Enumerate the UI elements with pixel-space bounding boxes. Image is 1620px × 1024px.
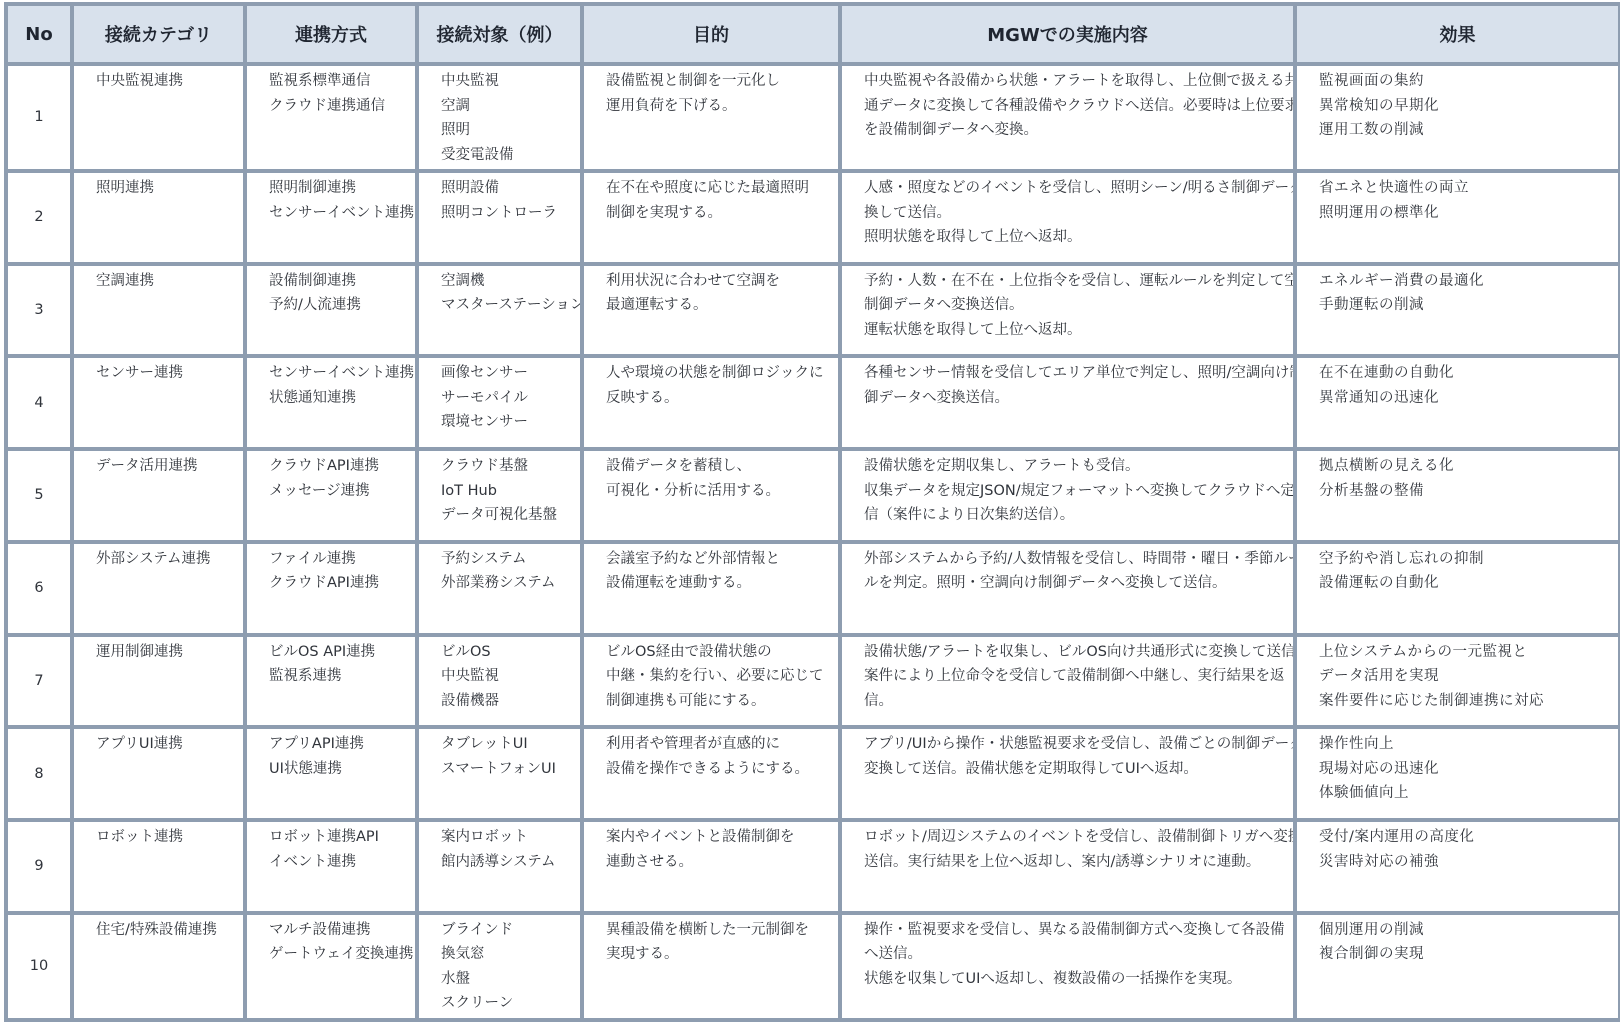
header-row: No 接続カテゴリ 連携方式 接続対象（例） 目的 MGWでの実施内容 効果 — [6, 4, 1620, 64]
mgw-line: を設備制御データへ変換。 — [864, 118, 1289, 143]
method-cell: ファイル連携クラウドAPI連携 — [245, 542, 417, 635]
effects-line: 省エネと快適性の両立 — [1319, 176, 1614, 201]
effect-cell: 操作性向上現場対応の迅速化体験価値向上 — [1295, 727, 1620, 820]
row-number-text: 9 — [34, 858, 43, 874]
effects-line: データ活用を実現 — [1319, 664, 1614, 689]
mgw-line: 換して送信。 — [864, 201, 1289, 226]
effects-line: 設備運転の自動化 — [1319, 571, 1614, 596]
effect-cell: 空予約や消し忘れの抑制設備運転の自動化 — [1295, 542, 1620, 635]
methods-line: ゲートウェイ変換連携 — [269, 942, 411, 967]
methods-line: 照明制御連携 — [269, 176, 411, 201]
mgw-line: 外部システムから予約/人数情報を受信し、時間帯・曜日・季節ルー — [864, 547, 1289, 572]
effects-line: 空予約や消し忘れの抑制 — [1319, 547, 1614, 572]
targets-line: ビルOS — [441, 640, 576, 665]
category-cell: 照明連携 — [72, 171, 245, 264]
target-cell: 中央監視空調照明受変電設備 — [417, 64, 582, 171]
mgw-line: 運転状態を取得して上位へ返却。 — [864, 318, 1289, 343]
effect-cell: 在不在連動の自動化異常通知の迅速化 — [1295, 356, 1620, 449]
mgw-line: 予約・人数・在不在・上位指令を受信し、運転ルールを判定して空調 — [864, 269, 1289, 294]
effects-line: 案件要件に応じた制御連携に対応 — [1319, 689, 1614, 714]
row-number-text: 1 — [34, 109, 43, 125]
row-number-text: 2 — [34, 209, 43, 225]
targets-line: 水盤 — [441, 967, 576, 992]
category-line: データ活用連携 — [96, 454, 239, 479]
target-cell: 画像センサーサーモパイル環境センサー — [417, 356, 582, 449]
table-row-9: 9 ロボット連携 ロボット連携APIイベント連携 案内ロボット館内誘導システム … — [6, 820, 1620, 913]
target-cell: 予約システム外部業務システム — [417, 542, 582, 635]
row-number: 9 — [6, 820, 72, 913]
table-row-7: 7 運用制御連携 ビルOS API連携監視系連携 ビルOS中央監視設備機器 ビル… — [6, 635, 1620, 728]
mgw-line: ルを判定。照明・空調向け制御データへ変換して送信。 — [864, 571, 1289, 596]
purpose-line: 在不在や照度に応じた最適照明 — [606, 176, 834, 201]
row-number: 5 — [6, 449, 72, 542]
effect-cell: 監視画面の集約異常検知の早期化運用工数の削減 — [1295, 64, 1620, 171]
effects-line: 災害時対応の補強 — [1319, 850, 1614, 875]
targets-line: 照明設備 — [441, 176, 576, 201]
row-number: 4 — [6, 356, 72, 449]
purpose-cell: ビルOS経由で設備状態の中継・集約を行い、必要に応じて制御連携も可能にする。 — [582, 635, 840, 728]
effects-line: 異常通知の迅速化 — [1319, 386, 1614, 411]
row-number: 6 — [6, 542, 72, 635]
method-cell: センサーイベント連携状態通知連携 — [245, 356, 417, 449]
category-line: 空調連携 — [96, 269, 239, 294]
category-cell: センサー連携 — [72, 356, 245, 449]
mgw-line: 通データに変換して各種設備やクラウドへ送信。必要時は上位要求 — [864, 94, 1289, 119]
effect-cell: エネルギー消費の最適化手動運転の削減 — [1295, 264, 1620, 357]
target-cell: 案内ロボット館内誘導システム — [417, 820, 582, 913]
purpose-cell: 設備監視と制御を一元化し運用負荷を下げる。 — [582, 64, 840, 171]
targets-line: 照明 — [441, 118, 576, 143]
effects-line: 受付/案内運用の高度化 — [1319, 825, 1614, 850]
header-purpose: 目的 — [582, 4, 840, 64]
table-row-10: 10 住宅/特殊設備連携 マルチ設備連携ゲートウェイ変換連携 ブラインド換気窓水… — [6, 913, 1620, 1020]
header-no: No — [6, 4, 72, 64]
purpose-cell: 案内やイベントと設備制御を連動させる。 — [582, 820, 840, 913]
category-line: 照明連携 — [96, 176, 239, 201]
table-row-1: 1 中央監視連携 監視系標準通信クラウド連携通信 中央監視空調照明受変電設備 設… — [6, 64, 1620, 171]
category-line: 外部システム連携 — [96, 547, 239, 572]
methods-line: UI状態連携 — [269, 757, 411, 782]
mgw-line: 各種センサー情報を受信してエリア単位で判定し、照明/空調向け制 — [864, 361, 1289, 386]
effects-line: 監視画面の集約 — [1319, 69, 1614, 94]
mgw-cell: アプリ/UIから操作・状態監視要求を受信し、設備ごとの制御データへ変換して送信。… — [840, 727, 1295, 820]
targets-line: 中央監視 — [441, 69, 576, 94]
target-cell: タブレットUIスマートフォンUI — [417, 727, 582, 820]
row-number: 10 — [6, 913, 72, 1020]
mgw-cell: 予約・人数・在不在・上位指令を受信し、運転ルールを判定して空調制御データへ変換送… — [840, 264, 1295, 357]
method-cell: クラウドAPI連携メッセージ連携 — [245, 449, 417, 542]
effects-line: 上位システムからの一元監視と — [1319, 640, 1614, 665]
header-mgw: MGWでの実施内容 — [840, 4, 1295, 64]
targets-line: 外部業務システム — [441, 571, 576, 596]
integration-table: No 接続カテゴリ 連携方式 接続対象（例） 目的 MGWでの実施内容 効果 1… — [4, 2, 1620, 1022]
purpose-cell: 会議室予約など外部情報と設備運転を連動する。 — [582, 542, 840, 635]
target-cell: 照明設備照明コントローラ — [417, 171, 582, 264]
purpose-line: 利用状況に合わせて空調を — [606, 269, 834, 294]
targets-line: 受変電設備 — [441, 143, 576, 168]
header-method: 連携方式 — [245, 4, 417, 64]
methods-line: ファイル連携 — [269, 547, 411, 572]
integration-table-container: No 接続カテゴリ 連携方式 接続対象（例） 目的 MGWでの実施内容 効果 1… — [4, 2, 1618, 1022]
target-cell: クラウド基盤IoT Hubデータ可視化基盤 — [417, 449, 582, 542]
header-effect: 効果 — [1295, 4, 1620, 64]
purpose-cell: 利用者や管理者が直感的に設備を操作できるようにする。 — [582, 727, 840, 820]
row-number-text: 6 — [34, 580, 43, 596]
mgw-cell: 各種センサー情報を受信してエリア単位で判定し、照明/空調向け制御データへ変換送信… — [840, 356, 1295, 449]
purpose-line: 制御連携も可能にする。 — [606, 689, 834, 714]
row-number-text: 4 — [34, 395, 43, 411]
mgw-line: 中央監視や各設備から状態・アラートを取得し、上位側で扱える共 — [864, 69, 1289, 94]
methods-line: 監視系標準通信 — [269, 69, 411, 94]
methods-line: 予約/人流連携 — [269, 293, 411, 318]
effects-line: 体験価値向上 — [1319, 781, 1614, 806]
effects-line: 在不在連動の自動化 — [1319, 361, 1614, 386]
targets-line: スクリーン — [441, 991, 576, 1016]
effect-cell: 上位システムからの一元監視とデータ活用を実現案件要件に応じた制御連携に対応 — [1295, 635, 1620, 728]
methods-line: クラウドAPI連携 — [269, 571, 411, 596]
row-number: 1 — [6, 64, 72, 171]
purpose-line: 設備運転を連動する。 — [606, 571, 834, 596]
targets-line: 照明コントローラ — [441, 201, 576, 226]
purpose-cell: 人や環境の状態を制御ロジックに反映する。 — [582, 356, 840, 449]
mgw-line: 案件により上位命令を受信して設備制御へ中継し、実行結果を返 — [864, 664, 1289, 689]
mgw-line: 制御データへ変換送信。 — [864, 293, 1289, 318]
category-cell: 住宅/特殊設備連携 — [72, 913, 245, 1020]
purpose-line: 可視化・分析に活用する。 — [606, 479, 834, 504]
category-cell: 外部システム連携 — [72, 542, 245, 635]
targets-line: データ可視化基盤 — [441, 503, 576, 528]
method-cell: ロボット連携APIイベント連携 — [245, 820, 417, 913]
category-line: 運用制御連携 — [96, 640, 239, 665]
purpose-line: 設備を操作できるようにする。 — [606, 757, 834, 782]
mgw-cell: 設備状態/アラートを収集し、ビルOS向け共通形式に変換して送信。案件により上位命… — [840, 635, 1295, 728]
targets-line: IoT Hub — [441, 479, 576, 504]
effect-cell: 拠点横断の見える化分析基盤の整備 — [1295, 449, 1620, 542]
effects-line: 手動運転の削減 — [1319, 293, 1614, 318]
method-cell: 設備制御連携予約/人流連携 — [245, 264, 417, 357]
target-cell: ブラインド換気窓水盤スクリーン — [417, 913, 582, 1020]
effects-line: 個別運用の削減 — [1319, 918, 1614, 943]
methods-line: クラウド連携通信 — [269, 94, 411, 119]
mgw-line: 変換して送信。設備状態を定期取得してUIへ返却。 — [864, 757, 1289, 782]
mgw-line: 照明状態を取得して上位へ返却。 — [864, 225, 1289, 250]
purpose-line: 中継・集約を行い、必要に応じて — [606, 664, 834, 689]
method-cell: 監視系標準通信クラウド連携通信 — [245, 64, 417, 171]
purpose-line: 設備監視と制御を一元化し — [606, 69, 834, 94]
purpose-cell: 利用状況に合わせて空調を最適運転する。 — [582, 264, 840, 357]
mgw-line: 設備状態/アラートを収集し、ビルOS向け共通形式に変換して送信。 — [864, 640, 1289, 665]
effects-line: 異常検知の早期化 — [1319, 94, 1614, 119]
targets-line: 環境センサー — [441, 410, 576, 435]
row-number: 3 — [6, 264, 72, 357]
target-cell: ビルOS中央監視設備機器 — [417, 635, 582, 728]
purpose-line: 会議室予約など外部情報と — [606, 547, 834, 572]
methods-line: センサーイベント連携 — [269, 361, 411, 386]
effect-cell: 個別運用の削減複合制御の実現 — [1295, 913, 1620, 1020]
methods-line: クラウドAPI連携 — [269, 454, 411, 479]
category-cell: 運用制御連携 — [72, 635, 245, 728]
table-row-4: 4 センサー連携 センサーイベント連携状態通知連携 画像センサーサーモパイル環境… — [6, 356, 1620, 449]
methods-line: センサーイベント連携 — [269, 201, 411, 226]
category-line: アプリUI連携 — [96, 732, 239, 757]
row-number-text: 7 — [34, 673, 43, 689]
method-cell: マルチ設備連携ゲートウェイ変換連携 — [245, 913, 417, 1020]
purpose-line: 実現する。 — [606, 942, 834, 967]
purpose-line: ビルOS経由で設備状態の — [606, 640, 834, 665]
category-line: ロボット連携 — [96, 825, 239, 850]
row-number-text: 8 — [34, 766, 43, 782]
effect-cell: 受付/案内運用の高度化災害時対応の補強 — [1295, 820, 1620, 913]
mgw-cell: 中央監視や各設備から状態・アラートを取得し、上位側で扱える共通データに変換して各… — [840, 64, 1295, 171]
header-category: 接続カテゴリ — [72, 4, 245, 64]
purpose-line: 連動させる。 — [606, 850, 834, 875]
mgw-line: ロボット/周辺システムのイベントを受信し、設備制御トリガへ変換して — [864, 825, 1289, 850]
targets-line: クラウド基盤 — [441, 454, 576, 479]
targets-line: 案内ロボット — [441, 825, 576, 850]
purpose-line: 最適運転する。 — [606, 293, 834, 318]
purpose-cell: 在不在や照度に応じた最適照明制御を実現する。 — [582, 171, 840, 264]
purpose-line: 案内やイベントと設備制御を — [606, 825, 834, 850]
purpose-line: 設備データを蓄積し、 — [606, 454, 834, 479]
category-cell: 空調連携 — [72, 264, 245, 357]
row-number: 8 — [6, 727, 72, 820]
mgw-cell: 操作・監視要求を受信し、異なる設備制御方式へ変換して各設備へ送信。状態を収集して… — [840, 913, 1295, 1020]
effects-line: エネルギー消費の最適化 — [1319, 269, 1614, 294]
methods-line: マルチ設備連携 — [269, 918, 411, 943]
table-row-3: 3 空調連携 設備制御連携予約/人流連携 空調機マスターステーション 利用状況に… — [6, 264, 1620, 357]
category-line: センサー連携 — [96, 361, 239, 386]
table-row-5: 5 データ活用連携 クラウドAPI連携メッセージ連携 クラウド基盤IoT Hub… — [6, 449, 1620, 542]
mgw-line: 設備状態を定期収集し、アラートも受信。 — [864, 454, 1289, 479]
purpose-line: 異種設備を横断した一元制御を — [606, 918, 834, 943]
table-row-6: 6 外部システム連携 ファイル連携クラウドAPI連携 予約システム外部業務システ… — [6, 542, 1620, 635]
mgw-cell: ロボット/周辺システムのイベントを受信し、設備制御トリガへ変換して送信。実行結果… — [840, 820, 1295, 913]
mgw-line: 収集データを規定JSON/規定フォーマットへ変換してクラウドへ定期送 — [864, 479, 1289, 504]
effects-line: 運用工数の削減 — [1319, 118, 1614, 143]
row-number: 2 — [6, 171, 72, 264]
methods-line: ビルOS API連携 — [269, 640, 411, 665]
effects-line: 現場対応の迅速化 — [1319, 757, 1614, 782]
category-cell: ロボット連携 — [72, 820, 245, 913]
methods-line: メッセージ連携 — [269, 479, 411, 504]
method-cell: ビルOS API連携監視系連携 — [245, 635, 417, 728]
mgw-line: 信（案件により日次集約送信）。 — [864, 503, 1289, 528]
category-cell: 中央監視連携 — [72, 64, 245, 171]
purpose-line: 利用者や管理者が直感的に — [606, 732, 834, 757]
mgw-line: へ送信。 — [864, 942, 1289, 967]
mgw-cell: 設備状態を定期収集し、アラートも受信。収集データを規定JSON/規定フォーマット… — [840, 449, 1295, 542]
targets-line: 空調 — [441, 94, 576, 119]
methods-line: アプリAPI連携 — [269, 732, 411, 757]
targets-line: 空調機 — [441, 269, 576, 294]
purpose-line: 運用負荷を下げる。 — [606, 94, 834, 119]
category-cell: データ活用連携 — [72, 449, 245, 542]
effects-line: 照明運用の標準化 — [1319, 201, 1614, 226]
effects-line: 拠点横断の見える化 — [1319, 454, 1614, 479]
mgw-cell: 人感・照度などのイベントを受信し、照明シーン/明るさ制御データへ変換して送信。照… — [840, 171, 1295, 264]
row-number-text: 5 — [34, 487, 43, 503]
purpose-cell: 異種設備を横断した一元制御を実現する。 — [582, 913, 840, 1020]
methods-line: 設備制御連携 — [269, 269, 411, 294]
purpose-line: 人や環境の状態を制御ロジックに — [606, 361, 834, 386]
mgw-line: 人感・照度などのイベントを受信し、照明シーン/明るさ制御データへ変 — [864, 176, 1289, 201]
mgw-line: アプリ/UIから操作・状態監視要求を受信し、設備ごとの制御データへ — [864, 732, 1289, 757]
targets-line: スマートフォンUI — [441, 757, 576, 782]
mgw-line: 送信。実行結果を上位へ返却し、案内/誘導シナリオに連動。 — [864, 850, 1289, 875]
targets-line: 館内誘導システム — [441, 850, 576, 875]
mgw-line: 状態を収集してUIへ返却し、複数設備の一括操作を実現。 — [864, 967, 1289, 992]
purpose-line: 制御を実現する。 — [606, 201, 834, 226]
method-cell: アプリAPI連携UI状態連携 — [245, 727, 417, 820]
effects-line: 分析基盤の整備 — [1319, 479, 1614, 504]
header-target: 接続対象（例） — [417, 4, 582, 64]
category-line: 住宅/特殊設備連携 — [96, 918, 239, 943]
category-line: 中央監視連携 — [96, 69, 239, 94]
mgw-line: 信。 — [864, 689, 1289, 714]
targets-line: マスターステーション — [441, 293, 576, 318]
row-number-text: 3 — [34, 302, 43, 318]
targets-line: 中央監視 — [441, 664, 576, 689]
targets-line: サーモパイル — [441, 386, 576, 411]
methods-line: 状態通知連携 — [269, 386, 411, 411]
methods-line: ロボット連携API — [269, 825, 411, 850]
effects-line: 複合制御の実現 — [1319, 942, 1614, 967]
methods-line: 監視系連携 — [269, 664, 411, 689]
purpose-line: 反映する。 — [606, 386, 834, 411]
purpose-cell: 設備データを蓄積し、可視化・分析に活用する。 — [582, 449, 840, 542]
target-cell: 空調機マスターステーション — [417, 264, 582, 357]
mgw-line: 操作・監視要求を受信し、異なる設備制御方式へ変換して各設備 — [864, 918, 1289, 943]
effects-line: 操作性向上 — [1319, 732, 1614, 757]
table-body: 1 中央監視連携 監視系標準通信クラウド連携通信 中央監視空調照明受変電設備 設… — [6, 64, 1620, 1020]
targets-line: 換気窓 — [441, 942, 576, 967]
row-number-text: 10 — [30, 958, 48, 974]
methods-line: イベント連携 — [269, 850, 411, 875]
targets-line: 予約システム — [441, 547, 576, 572]
mgw-line: 御データへ変換送信。 — [864, 386, 1289, 411]
table-row-2: 2 照明連携 照明制御連携センサーイベント連携 照明設備照明コントローラ 在不在… — [6, 171, 1620, 264]
targets-line: 画像センサー — [441, 361, 576, 386]
targets-line: ブラインド — [441, 918, 576, 943]
category-cell: アプリUI連携 — [72, 727, 245, 820]
targets-line: 設備機器 — [441, 689, 576, 714]
method-cell: 照明制御連携センサーイベント連携 — [245, 171, 417, 264]
targets-line: タブレットUI — [441, 732, 576, 757]
table-row-8: 8 アプリUI連携 アプリAPI連携UI状態連携 タブレットUIスマートフォンU… — [6, 727, 1620, 820]
row-number: 7 — [6, 635, 72, 728]
mgw-cell: 外部システムから予約/人数情報を受信し、時間帯・曜日・季節ルールを判定。照明・空… — [840, 542, 1295, 635]
effect-cell: 省エネと快適性の両立照明運用の標準化 — [1295, 171, 1620, 264]
